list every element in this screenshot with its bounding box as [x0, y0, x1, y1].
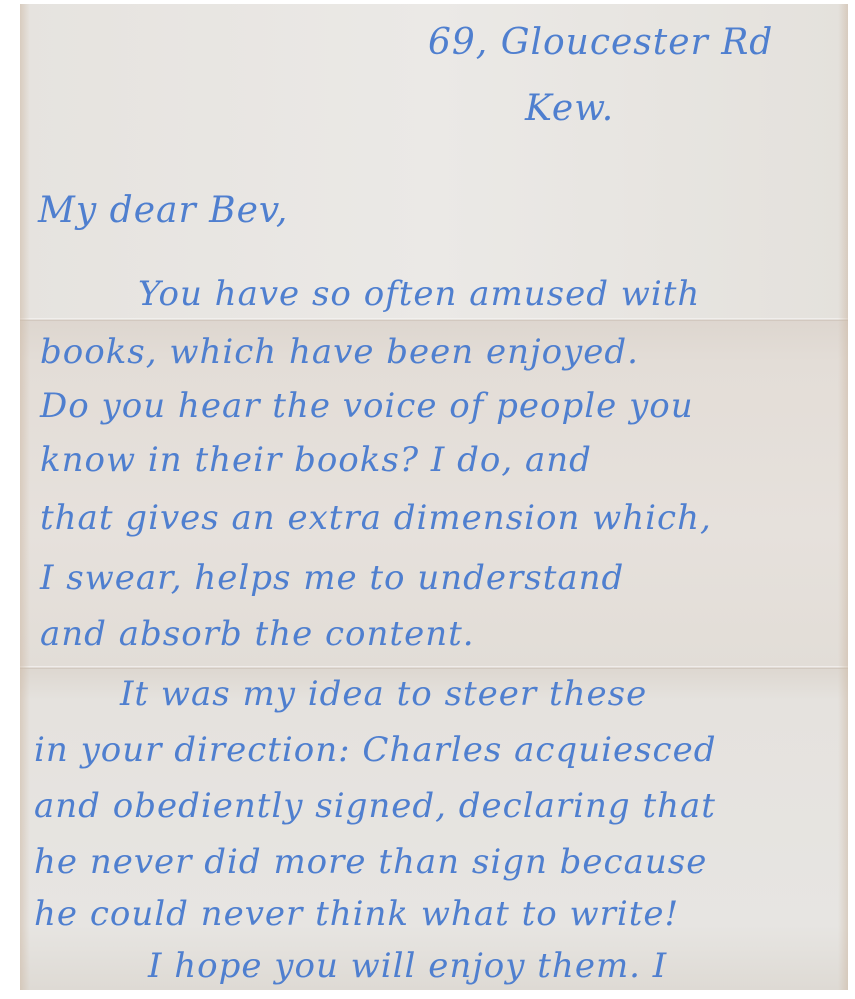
- body-line: that gives an extra dimension which,: [40, 498, 712, 538]
- body-line: It was my idea to steer these: [120, 674, 647, 714]
- fold-line-upper: [20, 318, 848, 321]
- body-line: know in their books? I do, and: [40, 440, 592, 480]
- body-line: and absorb the content.: [40, 614, 475, 654]
- body-line: I swear, helps me to understand: [40, 558, 624, 598]
- letter-panel-bottom: [20, 668, 848, 990]
- letter-page: 69, Gloucester Rd Kew. My dear Bev, You …: [20, 4, 848, 990]
- body-line: Do you hear the voice of people you: [40, 386, 694, 426]
- body-line: I hope you will enjoy them. I: [148, 946, 667, 986]
- address-line-1: 69, Gloucester Rd: [428, 22, 773, 63]
- paper-edge-left: [20, 4, 30, 990]
- body-line: in your direction: Charles acquiesced: [34, 730, 716, 770]
- address-line-2: Kew.: [525, 88, 614, 129]
- body-line: he never did more than sign because: [34, 842, 707, 882]
- paper-edge-right: [838, 4, 848, 990]
- fold-line-lower: [20, 666, 848, 669]
- body-line: books, which have been enjoyed.: [40, 332, 639, 372]
- body-line: he could never think what to write!: [34, 894, 679, 934]
- body-line: and obediently signed, declaring that: [34, 786, 716, 826]
- salutation: My dear Bev,: [38, 190, 288, 231]
- body-line: You have so often amused with: [138, 274, 700, 314]
